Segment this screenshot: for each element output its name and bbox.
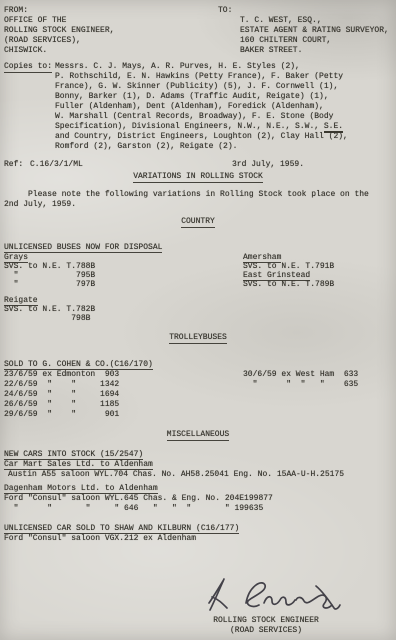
trolleybus-row: 22/6/59 " " 1342 xyxy=(4,380,119,390)
copies-line: Messrs. C. J. Mays, A. R. Purves, H. E. … xyxy=(55,62,300,72)
new-cars-heading: NEW CARS INTO STOCK (15/2547) xyxy=(4,450,143,460)
disposal-heading-text: UNLICENSED BUSES NOW FOR DISPOSAL xyxy=(4,243,162,253)
trolleybus-row: 30/6/59 ex West Ham 633 xyxy=(243,370,358,380)
document-title: VARIATIONS IN ROLLING STOCK xyxy=(0,172,396,183)
trolleybuses-heading-text: TROLLEYBUSES xyxy=(169,333,227,344)
from-label: FROM: xyxy=(4,6,28,16)
new-cars-heading-text: NEW CARS INTO STOCK (15/2547) xyxy=(4,450,143,460)
country-heading: COUNTRY xyxy=(0,217,396,228)
car-entry: Ford "Consul" saloon VGX.212 ex Aldenham xyxy=(4,534,196,544)
dagenham-heading-text: Dagenham Motors Ltd. to Aldenham xyxy=(4,484,158,494)
sold-to-heading-text: SOLD TO G. COHEN & CO.(C16/170) xyxy=(4,360,153,370)
bus-entry: " 797B xyxy=(4,280,95,290)
car-mart-heading-text: Car Mart Sales Ltd. to Aldenham xyxy=(4,460,153,470)
to-line: 160 CHILTERN COURT, xyxy=(240,36,331,46)
bus-entry: SVS. to N.E. T.789B xyxy=(243,280,334,290)
intro-line: Please note the following variations in … xyxy=(4,190,369,200)
signature-role-line: (ROAD SERVICES) xyxy=(178,626,354,636)
copies-line: Bonny, Barker (1), D. Adams (Traffic Aud… xyxy=(55,92,329,102)
signature-handwriting xyxy=(188,572,343,616)
from-line: OFFICE OF THE xyxy=(4,16,66,26)
dagenham-heading: Dagenham Motors Ltd. to Aldenham xyxy=(4,484,158,494)
miscellaneous-heading: MISCELLANEOUS xyxy=(0,430,396,441)
trolleybuses-heading: TROLLEYBUSES xyxy=(0,333,396,344)
date: 3rd July, 1959. xyxy=(232,160,304,170)
bus-entry: 798B xyxy=(4,314,90,324)
signature-role-line: ROLLING STOCK ENGINEER xyxy=(178,616,354,626)
copies-line: France), G. W. Skinner (Publicity) (5), … xyxy=(55,82,338,92)
copies-line: and Country, District Engineers, Loughto… xyxy=(55,132,348,142)
copies-to-label: Copies to: xyxy=(4,62,52,73)
from-line: CHISWICK. xyxy=(4,46,47,56)
to-label: TO: xyxy=(218,6,232,16)
to-line: T. C. WEST, ESQ., xyxy=(240,16,322,26)
document-title-text: VARIATIONS IN ROLLING STOCK xyxy=(133,172,263,183)
car-entry: Ford "Consul" saloon WYL.645 Chas. & Eng… xyxy=(4,494,273,504)
car-mart-heading: Car Mart Sales Ltd. to Aldenham xyxy=(4,460,153,470)
from-line: ROLLING STOCK ENGINEER, xyxy=(4,26,114,36)
unlicensed-car-heading: UNLICENSED CAR SOLD TO SHAW AND KILBURN … xyxy=(4,524,239,534)
trolleybus-row: " " " " 635 xyxy=(243,380,358,390)
to-line: ESTATE AGENT & RATING SURVEYOR, xyxy=(240,26,389,36)
disposal-heading: UNLICENSED BUSES NOW FOR DISPOSAL xyxy=(4,243,162,253)
car-entry: " " " " 646 " " " " 199635 xyxy=(4,504,263,514)
trolleybus-row: 23/6/59 ex Edmonton 903 xyxy=(4,370,119,380)
miscellaneous-heading-text: MISCELLANEOUS xyxy=(167,430,229,441)
to-line: BAKER STREET. xyxy=(240,46,302,56)
car-entry: Austin A55 saloon WYL.704 Chas. No. AH58… xyxy=(8,470,344,480)
copies-line: W. Marshall (Central Records, Broadway),… xyxy=(55,112,333,122)
from-line: (ROAD SERVICES), xyxy=(4,36,81,46)
copies-line: Fuller (Aldenham), Dent (Aldenham), Fore… xyxy=(55,102,324,112)
intro-line: 2nd July, 1959. xyxy=(4,200,76,210)
copies-line: Specification), Divisional Engineers, N.… xyxy=(55,122,343,132)
trolleybus-row: 26/6/59 " " 1185 xyxy=(4,400,119,410)
country-heading-text: COUNTRY xyxy=(181,217,215,228)
copies-line-text: Specification), Divisional Engineers, N.… xyxy=(55,122,324,131)
trolleybus-row: 24/6/59 " " 1694 xyxy=(4,390,119,400)
sold-to-heading: SOLD TO G. COHEN & CO.(C16/170) xyxy=(4,360,153,370)
ref-label: Ref: xyxy=(4,160,23,170)
copies-line: Romford (2), Garston (2), Reigate (2). xyxy=(55,142,237,152)
document-page: FROM: OFFICE OF THE ROLLING STOCK ENGINE… xyxy=(0,0,396,640)
unlicensed-car-heading-text: UNLICENSED CAR SOLD TO SHAW AND KILBURN … xyxy=(4,524,239,534)
ref-value: C.16/3/1/ML xyxy=(30,160,83,170)
trolleybus-row: 29/6/59 " " 901 xyxy=(4,410,119,420)
copies-line: P. Rothschild, E. N. Hawkins (Petty Fran… xyxy=(55,72,343,82)
